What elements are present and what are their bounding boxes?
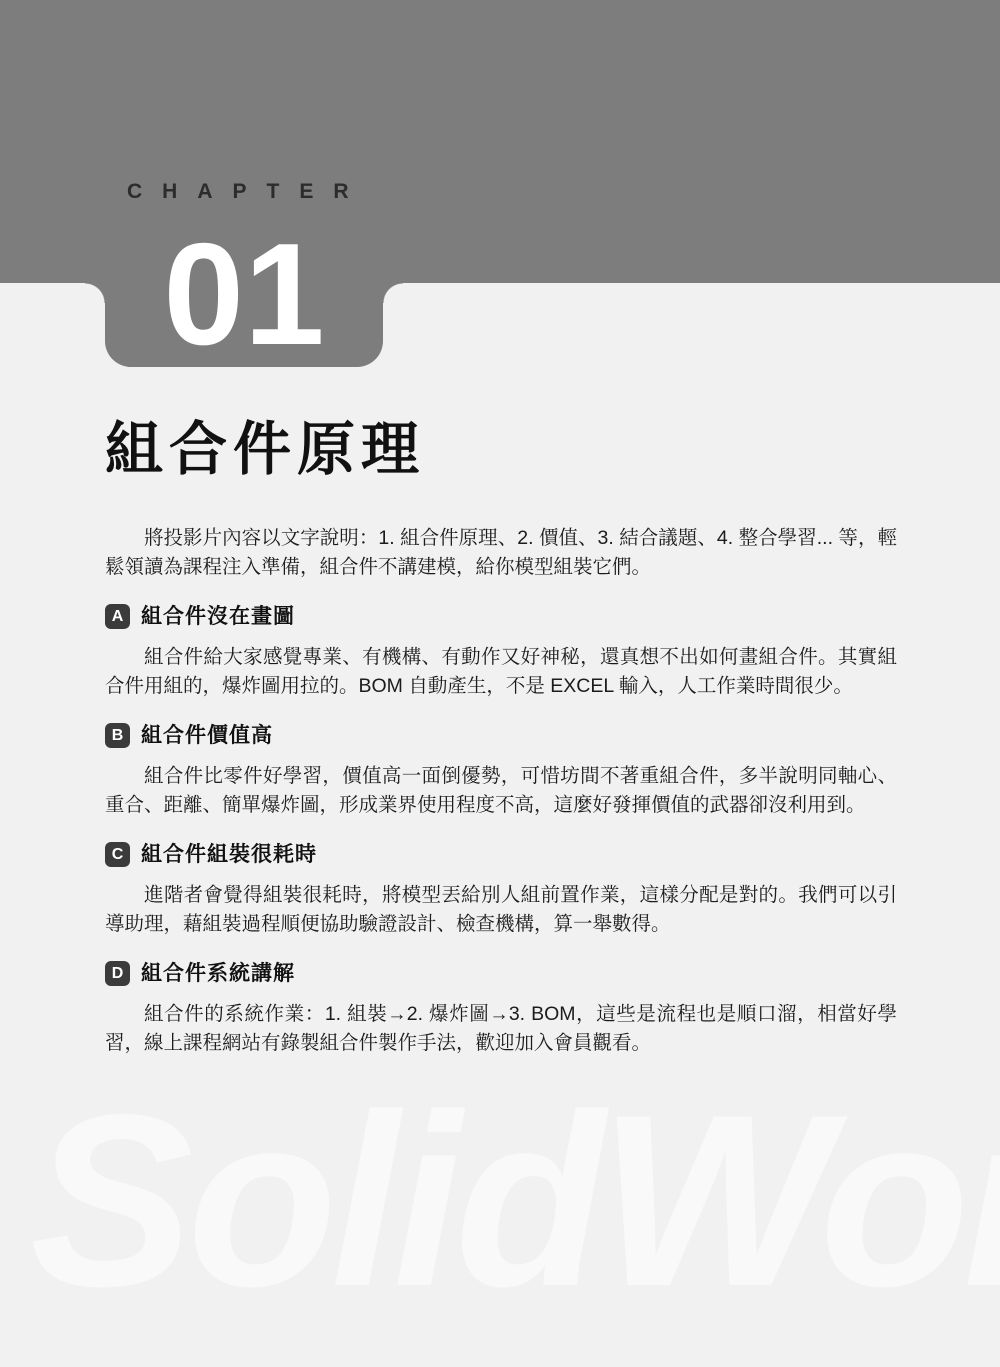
solidworks-watermark: SolidWorks — [30, 1078, 1000, 1323]
section-a: A 組合件沒在畫圖 組合件給大家感覺專業、有機構、有動作又好神秘，還真想不出如何… — [105, 602, 897, 701]
section-c-heading: C 組合件組裝很耗時 — [105, 840, 897, 869]
tab-fillet-left — [85, 283, 105, 303]
section-b-body: 組合件比零件好學習，價值高一面倒優勢，可惜坊間不著重組合件，多半說明同軸心、重合… — [105, 762, 897, 820]
section-c-badge: C — [105, 842, 130, 867]
section-c-body: 進階者會覺得組裝很耗時，將模型丟給別人組前置作業，這樣分配是對的。我們可以引導助… — [105, 881, 897, 939]
intro-paragraph: 將投影片內容以文字說明：1. 組合件原理、2. 價值、3. 結合議題、4. 整合… — [105, 524, 897, 582]
section-d: D 組合件系統講解 組合件的系統作業：1. 組裝→2. 爆炸圖→3. BOM，這… — [105, 959, 897, 1058]
section-d-body: 組合件的系統作業：1. 組裝→2. 爆炸圖→3. BOM，這些是流程也是順口溜，… — [105, 1000, 897, 1058]
section-a-badge: A — [105, 604, 130, 629]
section-d-badge: D — [105, 961, 130, 986]
section-c-heading-text: 組合件組裝很耗時 — [141, 840, 317, 869]
tab-fillet-right — [383, 283, 403, 303]
section-b-heading-text: 組合件價值高 — [141, 721, 273, 750]
section-a-heading: A 組合件沒在畫圖 — [105, 602, 897, 631]
section-c: C 組合件組裝很耗時 進階者會覺得組裝很耗時，將模型丟給別人組前置作業，這樣分配… — [105, 840, 897, 939]
chapter-number: 01 — [105, 0, 383, 367]
section-d-heading-text: 組合件系統講解 — [141, 959, 295, 988]
page-title: 組合件原理 — [105, 402, 425, 486]
book-page: CHAPTER 01 組合件原理 將投影片內容以文字說明：1. 組合件原理、2.… — [0, 0, 1000, 1367]
section-b: B 組合件價值高 組合件比零件好學習，價值高一面倒優勢，可惜坊間不著重組合件，多… — [105, 721, 897, 820]
section-b-heading: B 組合件價值高 — [105, 721, 897, 750]
section-a-body: 組合件給大家感覺專業、有機構、有動作又好神秘，還真想不出如何畫組合件。其實組合件… — [105, 643, 897, 701]
section-a-heading-text: 組合件沒在畫圖 — [141, 602, 295, 631]
section-d-heading: D 組合件系統講解 — [105, 959, 897, 988]
page-content: 將投影片內容以文字說明：1. 組合件原理、2. 價值、3. 結合議題、4. 整合… — [105, 524, 897, 1058]
section-b-badge: B — [105, 723, 130, 748]
